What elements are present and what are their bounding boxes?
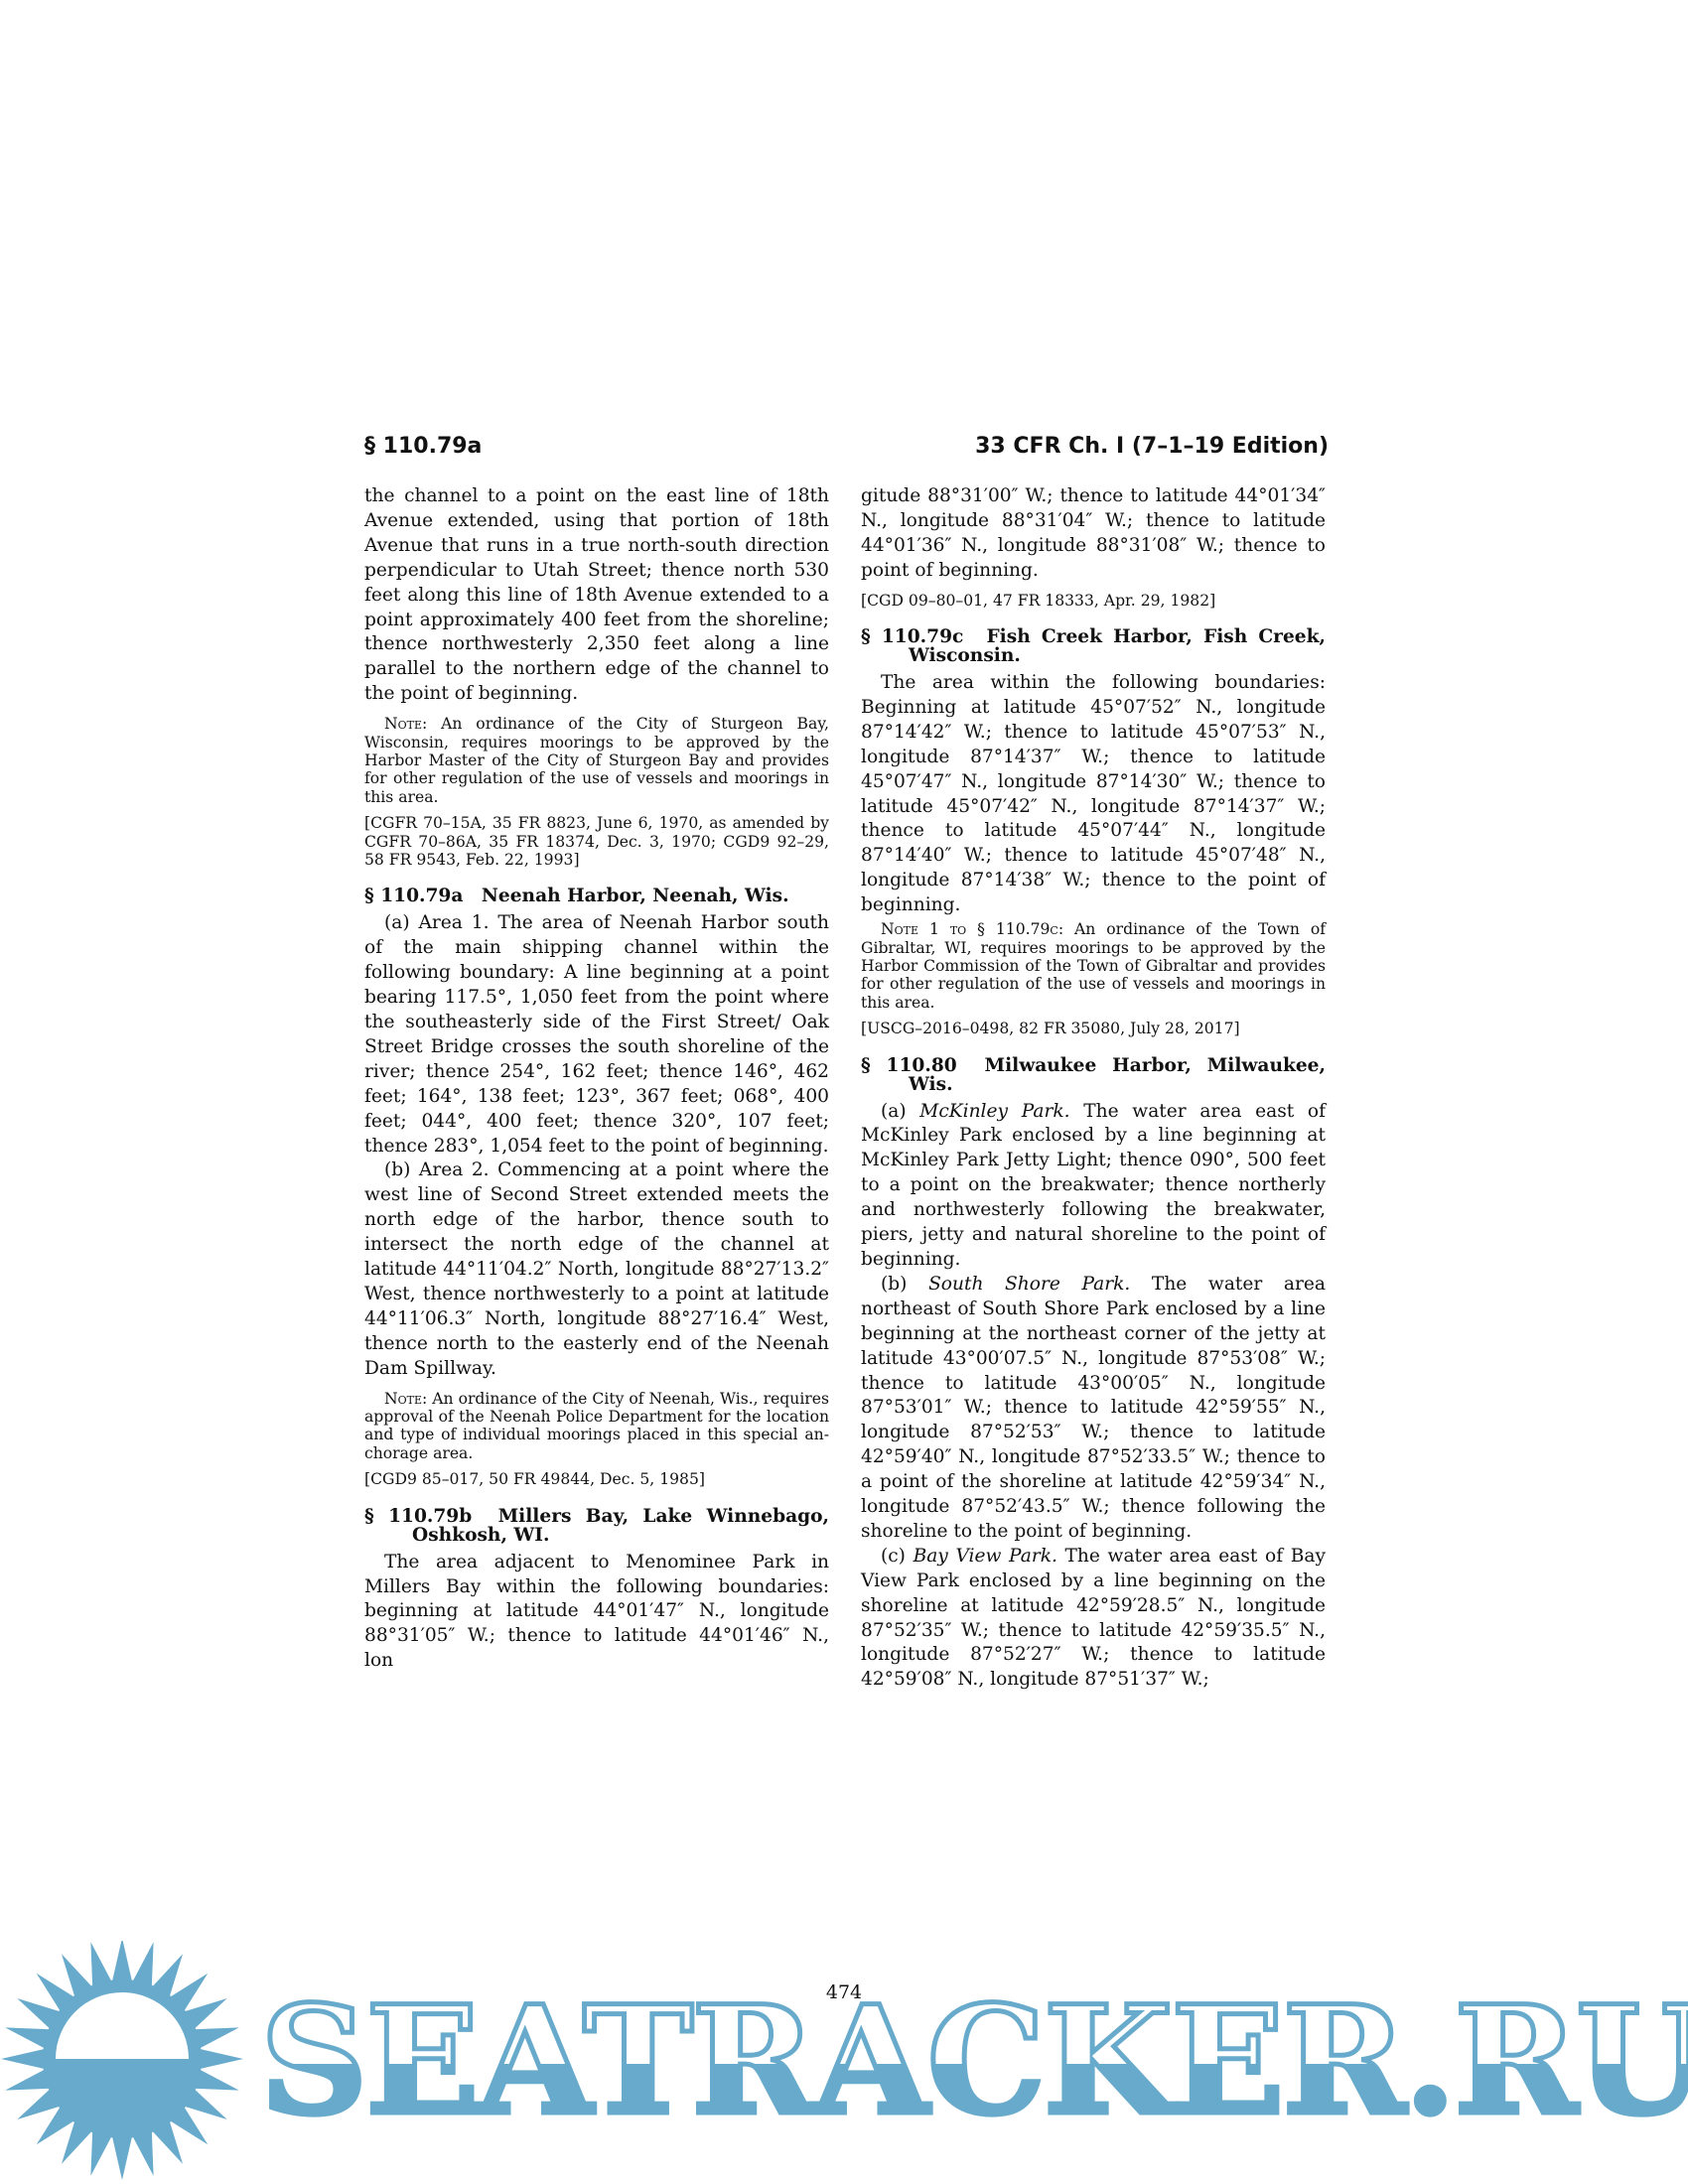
paragraph-millers-bay: The area adjacent to Menominee Park in M…: [364, 1551, 829, 1675]
section-title: Fish Creek Harbor, Fish Creek, Wisconsin…: [909, 626, 1326, 666]
paragraph-south-shore-park: (b) South Shore Park. The water area nor…: [861, 1273, 1326, 1545]
note-text: An ordinance of the City of Sturgeon Bay…: [364, 715, 829, 806]
section-number: § 110.79c: [861, 626, 963, 647]
section-heading-110-79c: § 110.79c Fish Creek Harbor, Fish Creek,…: [861, 627, 1326, 665]
paragraph-text: The water area northeast of South Shore …: [861, 1274, 1326, 1542]
page-number: 474: [0, 1981, 1688, 2003]
note-sturgeon-bay: Note: An ordinance of the City of Sturge…: [364, 715, 829, 806]
paragraph-label: (a): [881, 1101, 907, 1122]
citation: [CGD9 85–017, 50 FR 49844, Dec. 5, 1985]: [364, 1470, 829, 1488]
paragraph-heading: McKinley Park.: [919, 1101, 1069, 1122]
section-heading-110-79b: § 110.79b Millers Bay, Lake Winne­bago, …: [364, 1507, 829, 1545]
section-number: § 110.79a: [364, 886, 463, 906]
paragraph-heading: Bay View Park.: [914, 1546, 1057, 1567]
running-head-section: § 110.79a: [364, 434, 482, 459]
section-number: § 110.80: [861, 1055, 957, 1076]
paragraph-area-1: (a) Area 1. The area of Neenah Harbor so…: [364, 911, 829, 1159]
note-label: Note 1 to § 110.79c:: [881, 920, 1063, 938]
continued-paragraph: the channel to a point on the east line …: [364, 484, 829, 707]
section-number: § 110.79b: [364, 1506, 472, 1527]
note-neenah: Note: An ordinance of the City of Neenah…: [364, 1390, 829, 1463]
note-label: Note:: [384, 1390, 427, 1408]
citation: [USCG–2016–0498, 82 FR 35080, July 28, 2…: [861, 1020, 1326, 1037]
section-title: Millers Bay, Lake Winne­bago, Oshkosh, W…: [412, 1506, 829, 1546]
right-column: gitude 88°31′00″ W.; thence to latitude …: [861, 484, 1326, 1693]
paragraph-heading: South Shore Park.: [928, 1274, 1130, 1295]
section-title: Neenah Harbor, Neenah, Wis.: [482, 886, 789, 906]
citation: [CGFR 70–15A, 35 FR 8823, June 6, 1970, …: [364, 814, 829, 869]
citation: [CGD 09–80–01, 47 FR 18333, Apr. 29, 198…: [861, 592, 1326, 610]
paragraph-area-2: (b) Area 2. Commencing at a point where …: [364, 1159, 829, 1381]
note-gibraltar: Note 1 to § 110.79c: An ordinance of the…: [861, 920, 1326, 1012]
running-head-edition: 33 CFR Ch. I (7–1–19 Edition): [975, 434, 1329, 459]
paragraph-mckinley-park: (a) McKinley Park. The water area east o…: [861, 1100, 1326, 1273]
paragraph-text: The water area east of Bay View Park enc…: [861, 1546, 1326, 1691]
paragraph-text: The water area east of McKinley Park enc…: [861, 1101, 1326, 1270]
document-page: § 110.79a 33 CFR Ch. I (7–1–19 Edition) …: [0, 0, 1688, 2184]
watermark-text: SEATRACKER.RU: [260, 1991, 1688, 2130]
section-heading-110-79a: § 110.79a Neenah Harbor, Neenah, Wis.: [364, 887, 829, 905]
paragraph-bay-view-park: (c) Bay View Park. The water area east o…: [861, 1545, 1326, 1693]
section-title: Milwaukee Harbor, Mil­waukee, Wis.: [909, 1055, 1326, 1095]
note-label: Note:: [384, 715, 427, 733]
left-column: the channel to a point on the east line …: [364, 484, 829, 1674]
note-text: An ordinance of the City of Neenah, Wis.…: [364, 1390, 829, 1462]
section-heading-110-80: § 110.80 Milwaukee Harbor, Mil­waukee, W…: [861, 1056, 1326, 1094]
paragraph-fish-creek: The area within the following bound­arie…: [861, 671, 1326, 918]
continued-paragraph: gitude 88°31′00″ W.; thence to latitude …: [861, 484, 1326, 584]
paragraph-label: (b): [881, 1274, 907, 1295]
paragraph-label: (c): [881, 1546, 906, 1567]
